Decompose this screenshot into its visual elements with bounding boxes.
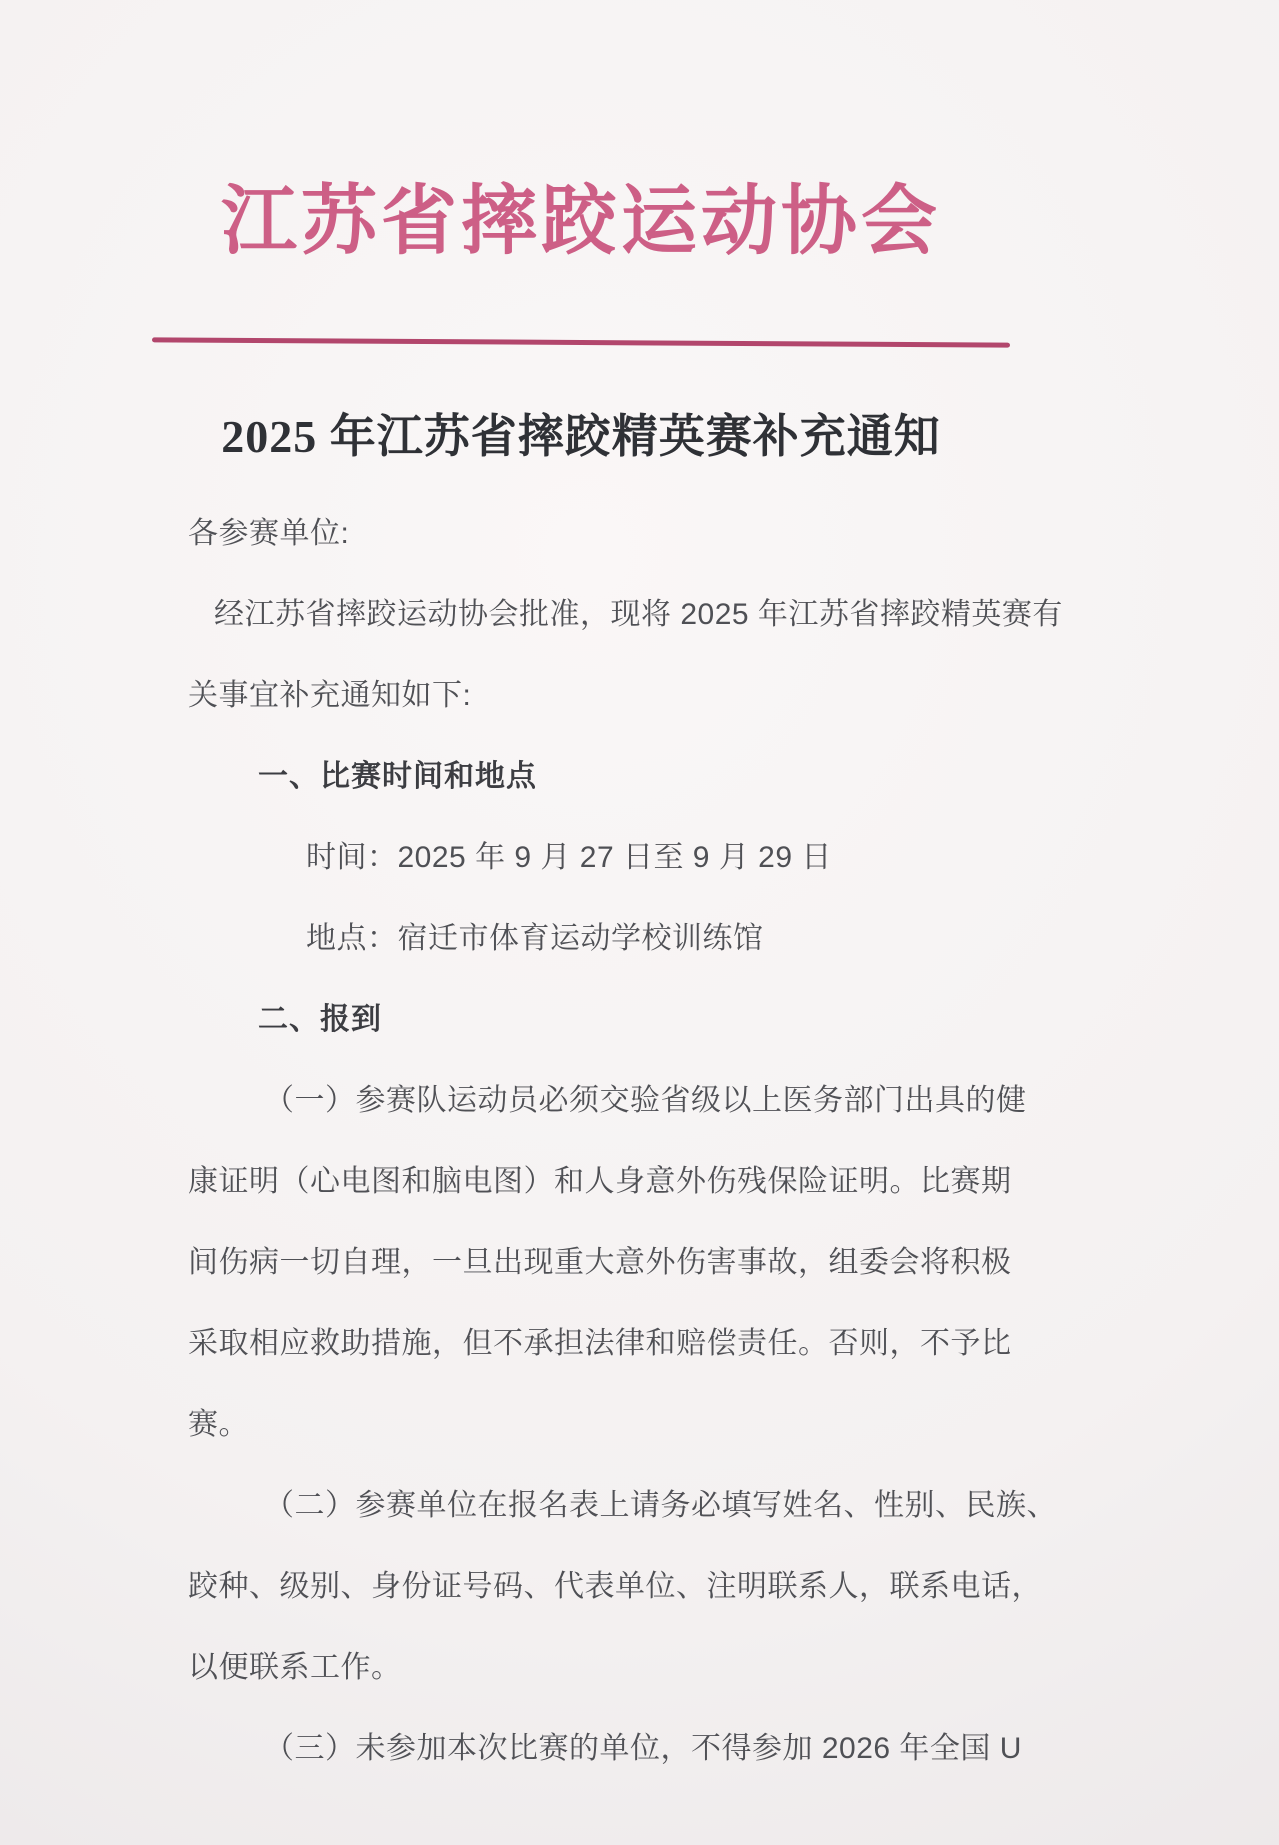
section-2-heading-text: 报到: [320, 1003, 382, 1036]
item-1-line-5: 赛。: [188, 1384, 1010, 1465]
section-1-heading: 一、比赛时间和地点: [188, 736, 1010, 817]
section-2-heading: 二、报到: [188, 979, 1010, 1060]
section-2-number: 二、: [258, 1003, 320, 1036]
section-1-venue-line: 地点：宿迁市体育运动学校训练馆: [188, 898, 1010, 979]
item-3-line-1: （三）未参加本次比赛的单位，不得参加 2026 年全国 U: [188, 1708, 1010, 1789]
intro-line-1: 经江苏省摔跤运动协会批准，现将 2025 年江苏省摔跤精英赛有: [188, 574, 1010, 655]
item-1-line-4: 采取相应救助措施，但不承担法律和赔偿责任。否则，不予比: [188, 1303, 1010, 1384]
item-1-line-2: 康证明（心电图和脑电图）和人身意外伤残保险证明。比赛期: [188, 1141, 1010, 1222]
intro-line-2: 关事宜补充通知如下:: [188, 655, 1010, 736]
document-content: 江苏省摔跤运动协会 2025 年江苏省摔跤精英赛补充通知 各参赛单位: 经江苏省…: [152, 0, 1010, 1789]
document-page: 江苏省摔跤运动协会 2025 年江苏省摔跤精英赛补充通知 各参赛单位: 经江苏省…: [0, 0, 1279, 1845]
org-title: 江苏省摔跤运动协会: [152, 0, 1010, 272]
notice-body: 各参赛单位: 经江苏省摔跤运动协会批准，现将 2025 年江苏省摔跤精英赛有 关…: [188, 493, 1010, 1789]
item-2-line-3: 以便联系工作。: [188, 1627, 1010, 1708]
item-2-line-1: （二）参赛单位在报名表上请务必填写姓名、性别、民族、: [188, 1465, 1010, 1546]
section-1-number: 一、: [258, 760, 320, 793]
section-1-time-line: 时间：2025 年 9 月 27 日至 9 月 29 日: [188, 817, 1010, 898]
item-1-line-3: 间伤病一切自理，一旦出现重大意外伤害事故，组委会将积极: [188, 1222, 1010, 1303]
header-divider: [152, 337, 1010, 347]
item-1-line-1: （一）参赛队运动员必须交验省级以上医务部门出具的健: [188, 1060, 1010, 1141]
section-1-heading-text: 比赛时间和地点: [320, 760, 537, 793]
salutation: 各参赛单位:: [188, 493, 1010, 574]
notice-title: 2025 年江苏省摔跤精英赛补充通知: [152, 409, 1010, 465]
item-2-line-2: 跤种、级别、身份证号码、代表单位、注明联系人，联系电话，: [188, 1546, 1010, 1627]
